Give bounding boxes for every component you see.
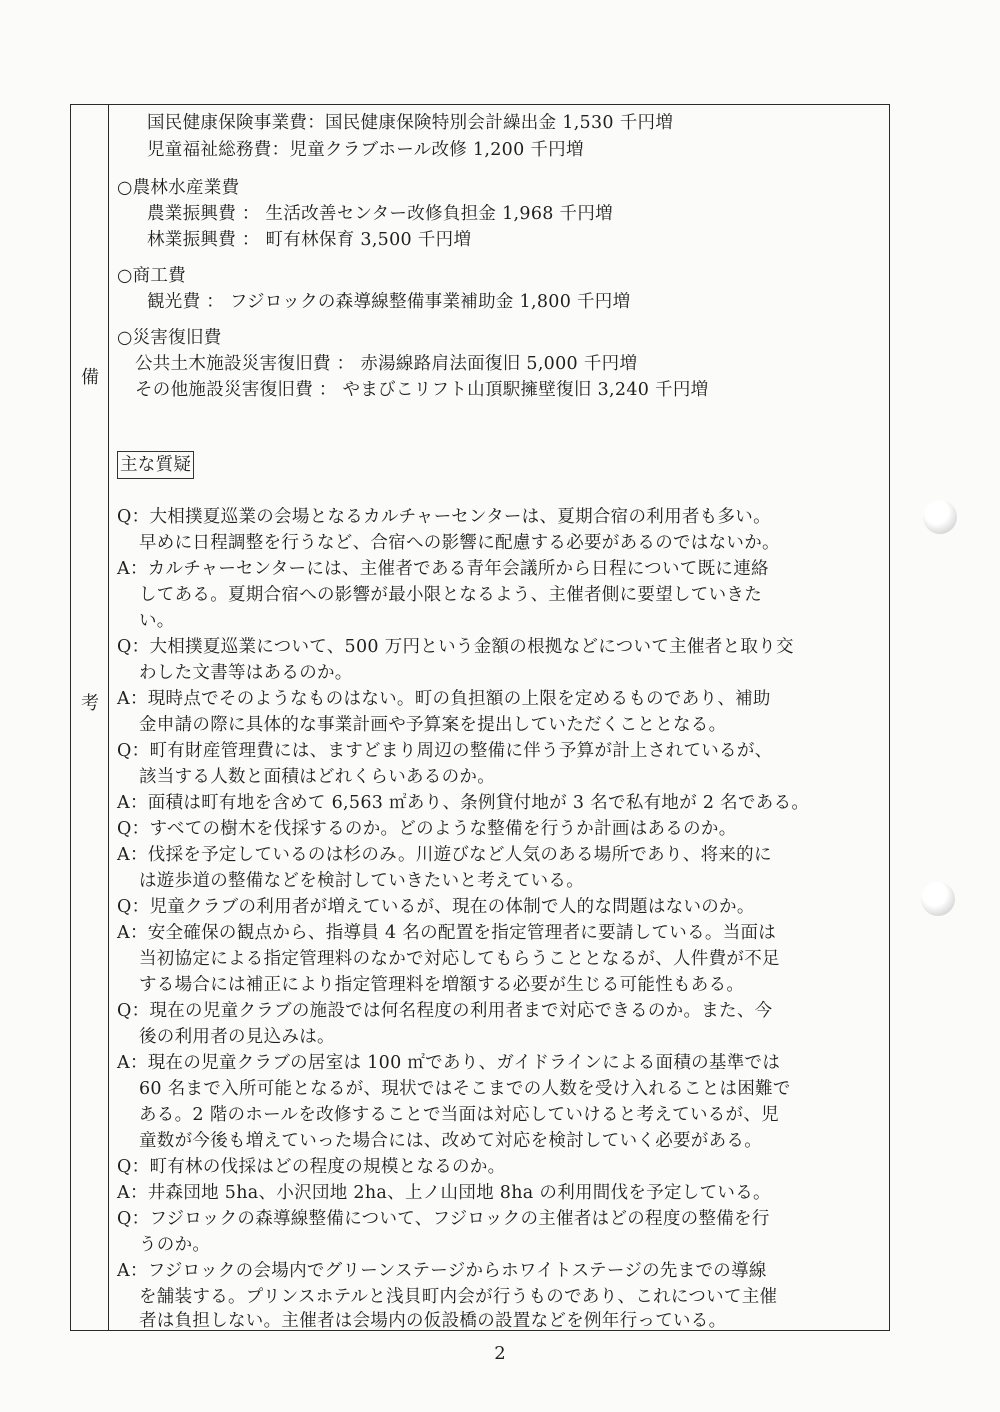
- qa-heading: 主な質疑: [117, 451, 194, 479]
- qa-line: 早めに日程調整を行うなど、合宿への影響に配慮する必要があるのではないか。: [139, 529, 780, 554]
- budget-line: 観光費 ： フジロックの森導線整備事業補助金 1,800 千円増: [147, 288, 630, 313]
- qa-line: 童数が今後も増えていった場合には、改めて対応を検討していく必要がある。: [139, 1127, 762, 1152]
- remarks-content: 国民健康保険事業費：国民健康保険特別会計繰出金 1,530 千円増 児童福祉総務…: [109, 105, 889, 1330]
- budget-line: 公共土木施設災害復旧費 ： 赤湯線路肩法面復旧 5,000 千円増: [135, 350, 637, 375]
- qa-line: 後の利用者の見込みは。: [139, 1023, 335, 1048]
- qa-line: Q：児童クラブの利用者が増えているが、現在の体制で人的な問題はないのか。: [117, 893, 755, 918]
- remarks-table: 備 考 国民健康保険事業費：国民健康保険特別会計繰出金 1,530 千円増 児童…: [70, 104, 890, 1331]
- qa-line: を舗装する。プリンスホテルと浅貝町内会が行うものであり、これについて主催: [139, 1283, 777, 1308]
- qa-line: A：安全確保の観点から、指導員 4 名の配置を指定管理者に要請している。当面は: [117, 919, 776, 944]
- qa-line: A：現在の児童クラブの居室は 100 ㎡であり、ガイドラインによる面積の基準では: [117, 1049, 780, 1074]
- qa-line: Q：町有財産管理費には、ますどまり周辺の整備に伴う予算が計上されているが、: [117, 737, 772, 762]
- qa-line: する場合には補正により指定管理料を増額する必要が生じる可能性もある。: [139, 971, 744, 996]
- qa-line: Q：フジロックの森導線整備について、フジロックの主催者はどの程度の整備を行: [117, 1205, 770, 1230]
- qa-line: 60 名まで入所可能となるが、現状ではそこまでの人数を受け入れることは困難で: [139, 1075, 791, 1100]
- label-column: 備 考: [71, 105, 109, 1330]
- qa-line: A：カルチャーセンターには、主催者である青年会議所から日程について既に連絡: [117, 555, 769, 580]
- qa-line: は遊歩道の整備などを検討していきたいと考えている。: [139, 867, 584, 892]
- qa-line: 金申請の際に具体的な事業計画や予算案を提出していただくこととなる。: [139, 711, 726, 736]
- punch-hole-icon: [921, 882, 955, 916]
- qa-line: わした文書等はあるのか。: [139, 659, 353, 684]
- qa-line: A：面積は町有地を含めて 6,563 ㎡あり、条例貸付地が 3 名で私有地が 2…: [117, 789, 809, 814]
- qa-line: 該当する人数と面積はどれくらいあるのか。: [139, 763, 495, 788]
- qa-line: A：現時点でそのようなものはない。町の負担額の上限を定めるものであり、補助: [117, 685, 771, 710]
- qa-line: Q：大相撲夏巡業の会場となるカルチャーセンターは、夏期合宿の利用者も多い。: [117, 503, 771, 528]
- qa-line: A：フジロックの会場内でグリーンステージからホワイトステージの先までの導線: [117, 1257, 767, 1282]
- qa-line: Q：町有林の伐採はどの程度の規模となるのか。: [117, 1153, 505, 1178]
- qa-line: い。: [139, 607, 175, 632]
- section-heading: ○災害復旧費: [117, 324, 222, 349]
- qa-line: Q：大相撲夏巡業について、500 万円という金額の根拠などについて主催者と取り交: [117, 633, 794, 658]
- label-bi: 備: [71, 363, 109, 389]
- section-heading: ○商工費: [117, 262, 186, 287]
- budget-line: 児童福祉総務費：児童クラブホール改修 1,200 千円増: [147, 136, 584, 161]
- punch-hole-icon: [923, 500, 957, 534]
- qa-line: うのか。: [139, 1231, 210, 1256]
- qa-line: Q：すべての樹木を伐採するのか。どのような整備を行うか計画はあるのか。: [117, 815, 737, 840]
- budget-line: 国民健康保険事業費：国民健康保険特別会計繰出金 1,530 千円増: [147, 109, 673, 134]
- page-number: 2: [0, 1343, 1000, 1364]
- qa-line: 者は負担しない。主催者は会場内の仮設橋の設置などを例年行っている。: [139, 1307, 726, 1332]
- qa-line: 当初協定による指定管理料のなかで対応してもらうこととなるが、人件費が不足: [139, 945, 780, 970]
- section-heading: ○農林水産業費: [117, 174, 239, 199]
- qa-line: ある。2 階のホールを改修することで当面は対応していけると考えているが、児: [139, 1101, 779, 1126]
- qa-line: A：井森団地 5ha、小沢団地 2ha、上ノ山団地 8ha の利用間伐を予定して…: [117, 1179, 771, 1204]
- budget-line: その他施設災害復旧費 ： やまびこリフト山頂駅擁壁復旧 3,240 千円増: [135, 376, 708, 401]
- budget-line: 農業振興費 ： 生活改善センター改修負担金 1,968 千円増: [147, 200, 613, 225]
- budget-line: 林業振興費 ： 町有林保育 3,500 千円増: [147, 226, 471, 251]
- qa-line: A：伐採を予定しているのは杉のみ。川遊びなど人気のある場所であり、将来的に: [117, 841, 772, 866]
- qa-line: Q：現在の児童クラブの施設では何名程度の利用者まで対応できるのか。また、今: [117, 997, 772, 1022]
- label-kou: 考: [71, 689, 109, 715]
- qa-line: してある。夏期合宿への影響が最小限となるよう、主催者側に要望していきた: [139, 581, 762, 606]
